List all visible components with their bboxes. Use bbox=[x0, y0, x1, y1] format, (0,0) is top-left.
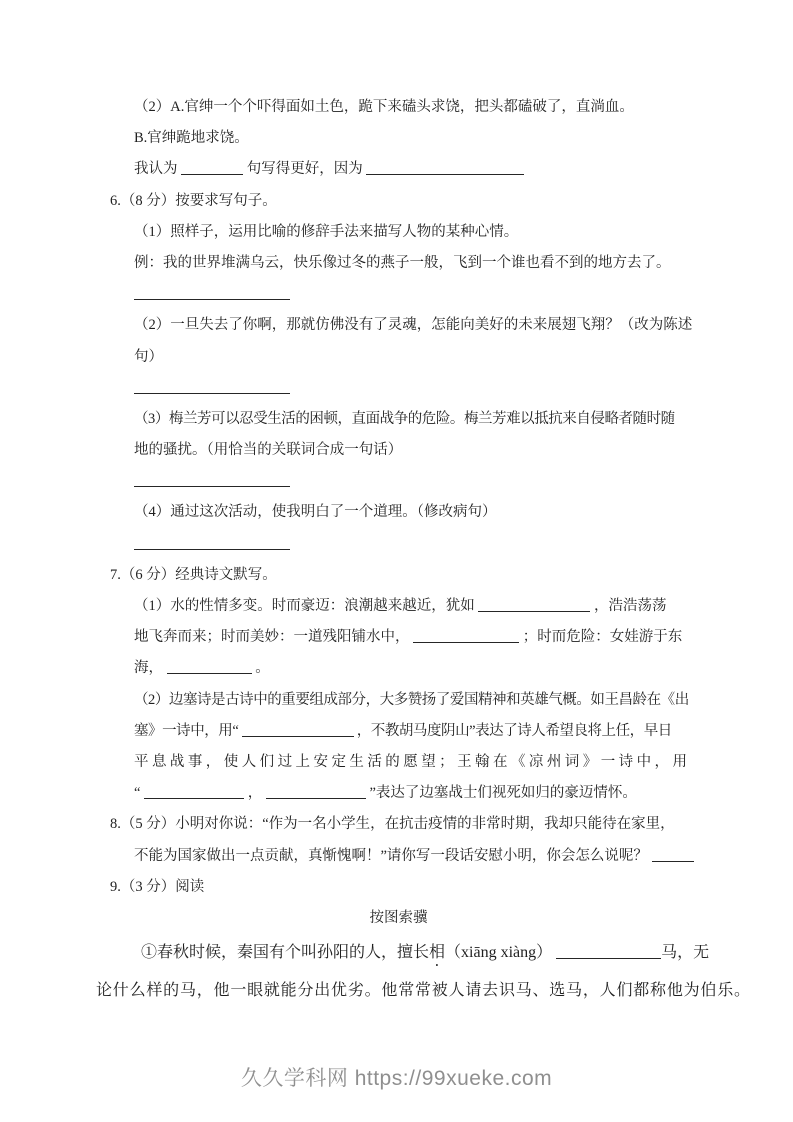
q9-emphasized-char: 相 bbox=[429, 944, 445, 961]
q6-sub3-line1-text: （3）梅兰芳可以忍受生活的困顿，直面战争的危险。梅兰芳难以抵抗来自侵略者随时随 bbox=[134, 411, 675, 427]
q7-sub2-line3: 平息战事，使人们过上安定生活的愿望；王翰在《凉州词》一诗中，用 bbox=[110, 747, 687, 778]
fill-in-blank bbox=[242, 723, 354, 737]
q7-header: 7.（6 分）经典诗文默写。 bbox=[110, 560, 687, 591]
q7-sub1-line2: 地飞奔而来；时而美妙：一道残阳铺水中， ；时而危险：女娃游于东 bbox=[110, 622, 687, 653]
q7-sub1-line1: （1）水的性情多变。时而豪迈：浪潮越来越近，犹如 ，浩浩荡荡 bbox=[110, 591, 687, 622]
q6-sub4: （4）通过这次活动，使我明白了一个道理。（修改病句） bbox=[110, 497, 687, 528]
q6-example: 例：我的世界堆满乌云，快乐像过冬的燕子一般，飞到一个谁也看不到的地方去了。 bbox=[110, 248, 687, 279]
fill-in-blank bbox=[181, 161, 243, 175]
q6-sub2-line1: （2）一旦失去了你啊，那就仿佛没有了灵魂，怎能向美好的未来展翅飞翔？（改为陈述 bbox=[110, 310, 687, 341]
fill-in-blank bbox=[266, 785, 366, 799]
q6-sub1: （1）照样子，运用比喻的修辞手法来描写人物的某种心情。 bbox=[110, 217, 687, 248]
q9-header: 9.（3 分）阅读 bbox=[110, 872, 687, 903]
q7-sub1-line1-post: ，浩浩荡荡 bbox=[594, 598, 667, 614]
fill-in-blank bbox=[134, 380, 290, 394]
q5-option-b: B.官绅跪地求饶。 bbox=[110, 123, 687, 154]
q9-passage-title-text: 按图索骥 bbox=[370, 910, 428, 926]
q9-header-text: 9.（3 分）阅读 bbox=[110, 879, 204, 895]
q7-sub1-line2-pre: 地飞奔而来；时而美妙：一道残阳铺水中， bbox=[134, 629, 410, 645]
q5-option-a: （2）A.官绅一个个吓得面如土色，跪下来磕头求饶，把头都磕破了，直淌血。 bbox=[110, 92, 687, 123]
fill-in-blank bbox=[556, 945, 661, 959]
q9-passage-line2: 论什么样的马，他一眼就能分出优劣。他常常被人请去识马、选马，人们都称他为伯乐。 bbox=[96, 972, 750, 1010]
q7-sub2-line2-post: ，不教胡马度阴山”表达了诗人希望良将上任，早日 bbox=[357, 723, 672, 739]
q8-line1-text: 8.（5 分）小明对你说：“作为一名小学生，在抗击疫情的非常时期，我却只能待在家… bbox=[110, 816, 675, 832]
q6-header-text: 6.（8 分）按要求写句子。 bbox=[110, 193, 277, 209]
q5-option-b-text: B.官绅跪地求饶。 bbox=[134, 130, 249, 146]
q6-sub2-answer-line bbox=[110, 373, 687, 404]
q7-sub1-line3-post: 。 bbox=[255, 660, 270, 676]
q9-passage-line1-post: 马，无 bbox=[661, 944, 709, 961]
q5-answer-line: 我认为 句写得更好，因为 bbox=[110, 154, 687, 185]
q8-line2-text: 不能为国家做出一点贡献，真惭愧啊！”请你写一段话安慰小明，你会怎么说呢？ bbox=[134, 848, 648, 864]
fill-in-blank bbox=[167, 660, 252, 674]
q9-passage-line1: ①春秋时候，秦国有个叫孙阳的人，擅长相（xiāng xiàng） 马，无 bbox=[96, 934, 750, 972]
q6-example-text: 例：我的世界堆满乌云，快乐像过冬的燕子一般，飞到一个谁也看不到的地方去了。 bbox=[134, 255, 671, 271]
q8-line2: 不能为国家做出一点贡献，真惭愧啊！”请你写一段话安慰小明，你会怎么说呢？ bbox=[110, 841, 687, 872]
q7-sub2-line4: “ ， ”表达了边塞战士们视死如归的豪迈情怀。 bbox=[110, 778, 687, 809]
q9-passage-title: 按图索骥 bbox=[110, 903, 687, 934]
q7-sub2-line4-post: ”表达了边塞战士们视死如归的豪迈情怀。 bbox=[369, 785, 636, 801]
fill-in-blank bbox=[652, 848, 694, 862]
q7-sub1-line3-pre: 海， bbox=[134, 660, 163, 676]
q7-sub2-line4-mid: ， bbox=[248, 785, 263, 801]
q6-sub1-answer-line bbox=[110, 279, 687, 310]
fill-in-blank bbox=[144, 785, 244, 799]
q6-sub2-line2: 句） bbox=[110, 342, 687, 373]
q6-sub3-line2: 地的骚扰。（用恰当的关联词合成一句话） bbox=[110, 435, 687, 466]
q9-passage: ①春秋时候，秦国有个叫孙阳的人，擅长相（xiāng xiàng） 马，无 论什么… bbox=[96, 934, 750, 1010]
q6-sub3-answer-line bbox=[110, 466, 687, 497]
q6-sub1-text: （1）照样子，运用比喻的修辞手法来描写人物的某种心情。 bbox=[134, 224, 518, 240]
q7-sub2-line1-text: （2）边塞诗是古诗中的重要组成部分，大多赞扬了爱国精神和英雄气概。如王昌龄在《出 bbox=[134, 692, 689, 708]
q9-passage-line2-text: 论什么样的马，他一眼就能分出优劣。他常常被人请去识马、选马，人们都称他为伯乐。 bbox=[96, 982, 750, 999]
q6-sub2-line2-text: 句） bbox=[134, 349, 163, 365]
fill-in-blank bbox=[413, 629, 519, 643]
q7-sub1-line1-pre: （1）水的性情多变。时而豪迈：浪潮越来越近，犹如 bbox=[134, 598, 475, 614]
fill-in-blank bbox=[134, 536, 290, 550]
q7-sub2-line2-pre: 塞》一诗中，用“ bbox=[134, 723, 238, 739]
fill-in-blank bbox=[134, 286, 290, 300]
q7-sub2-line2: 塞》一诗中，用“ ，不教胡马度阴山”表达了诗人希望良将上任，早日 bbox=[110, 716, 687, 747]
fill-in-blank bbox=[134, 473, 290, 487]
q5-answer-mid: 句写得更好，因为 bbox=[247, 161, 363, 177]
q7-sub1-line2-post: ；时而危险：女娃游于东 bbox=[523, 629, 683, 645]
q9-pinyin: （xiāng xiàng） bbox=[445, 944, 552, 961]
q5-answer-pre: 我认为 bbox=[134, 161, 178, 177]
site-watermark: 久久学科网 https://99xueke.com bbox=[0, 1062, 793, 1092]
q6-sub3-line2-text: 地的骚扰。（用恰当的关联词合成一句话） bbox=[134, 442, 402, 458]
q7-header-text: 7.（6 分）经典诗文默写。 bbox=[110, 567, 277, 583]
q7-sub2-line1: （2）边塞诗是古诗中的重要组成部分，大多赞扬了爱国精神和英雄气概。如王昌龄在《出 bbox=[110, 685, 687, 716]
q8-line1: 8.（5 分）小明对你说：“作为一名小学生，在抗击疫情的非常时期，我却只能待在家… bbox=[110, 809, 687, 840]
q7-sub1-line3: 海， 。 bbox=[110, 653, 687, 684]
q9-passage-line1-pre: ①春秋时候，秦国有个叫孙阳的人，擅长 bbox=[141, 944, 429, 961]
q6-sub4-answer-line bbox=[110, 529, 687, 560]
site-watermark-text: 久久学科网 https://99xueke.com bbox=[241, 1067, 552, 1090]
fill-in-blank bbox=[478, 598, 590, 612]
q5-option-a-text: （2）A.官绅一个个吓得面如土色，跪下来磕头求饶，把头都磕破了，直淌血。 bbox=[134, 99, 634, 115]
q7-sub2-line3-text: 平息战事，使人们过上安定生活的愿望；王翰在《凉州词》一诗中，用 bbox=[134, 754, 687, 770]
q7-sub2-line4-pre: “ bbox=[134, 785, 140, 801]
exam-document: （2）A.官绅一个个吓得面如土色，跪下来磕头求饶，把头都磕破了，直淌血。 B.官… bbox=[110, 92, 687, 1010]
q6-sub2-line1-text: （2）一旦失去了你啊，那就仿佛没有了灵魂，怎能向美好的未来展翅飞翔？（改为陈述 bbox=[134, 317, 692, 333]
q6-sub4-text: （4）通过这次活动，使我明白了一个道理。（修改病句） bbox=[134, 504, 497, 520]
q6-header: 6.（8 分）按要求写句子。 bbox=[110, 186, 687, 217]
q6-sub3-line1: （3）梅兰芳可以忍受生活的困顿，直面战争的危险。梅兰芳难以抵抗来自侵略者随时随 bbox=[110, 404, 687, 435]
fill-in-blank bbox=[366, 161, 524, 175]
